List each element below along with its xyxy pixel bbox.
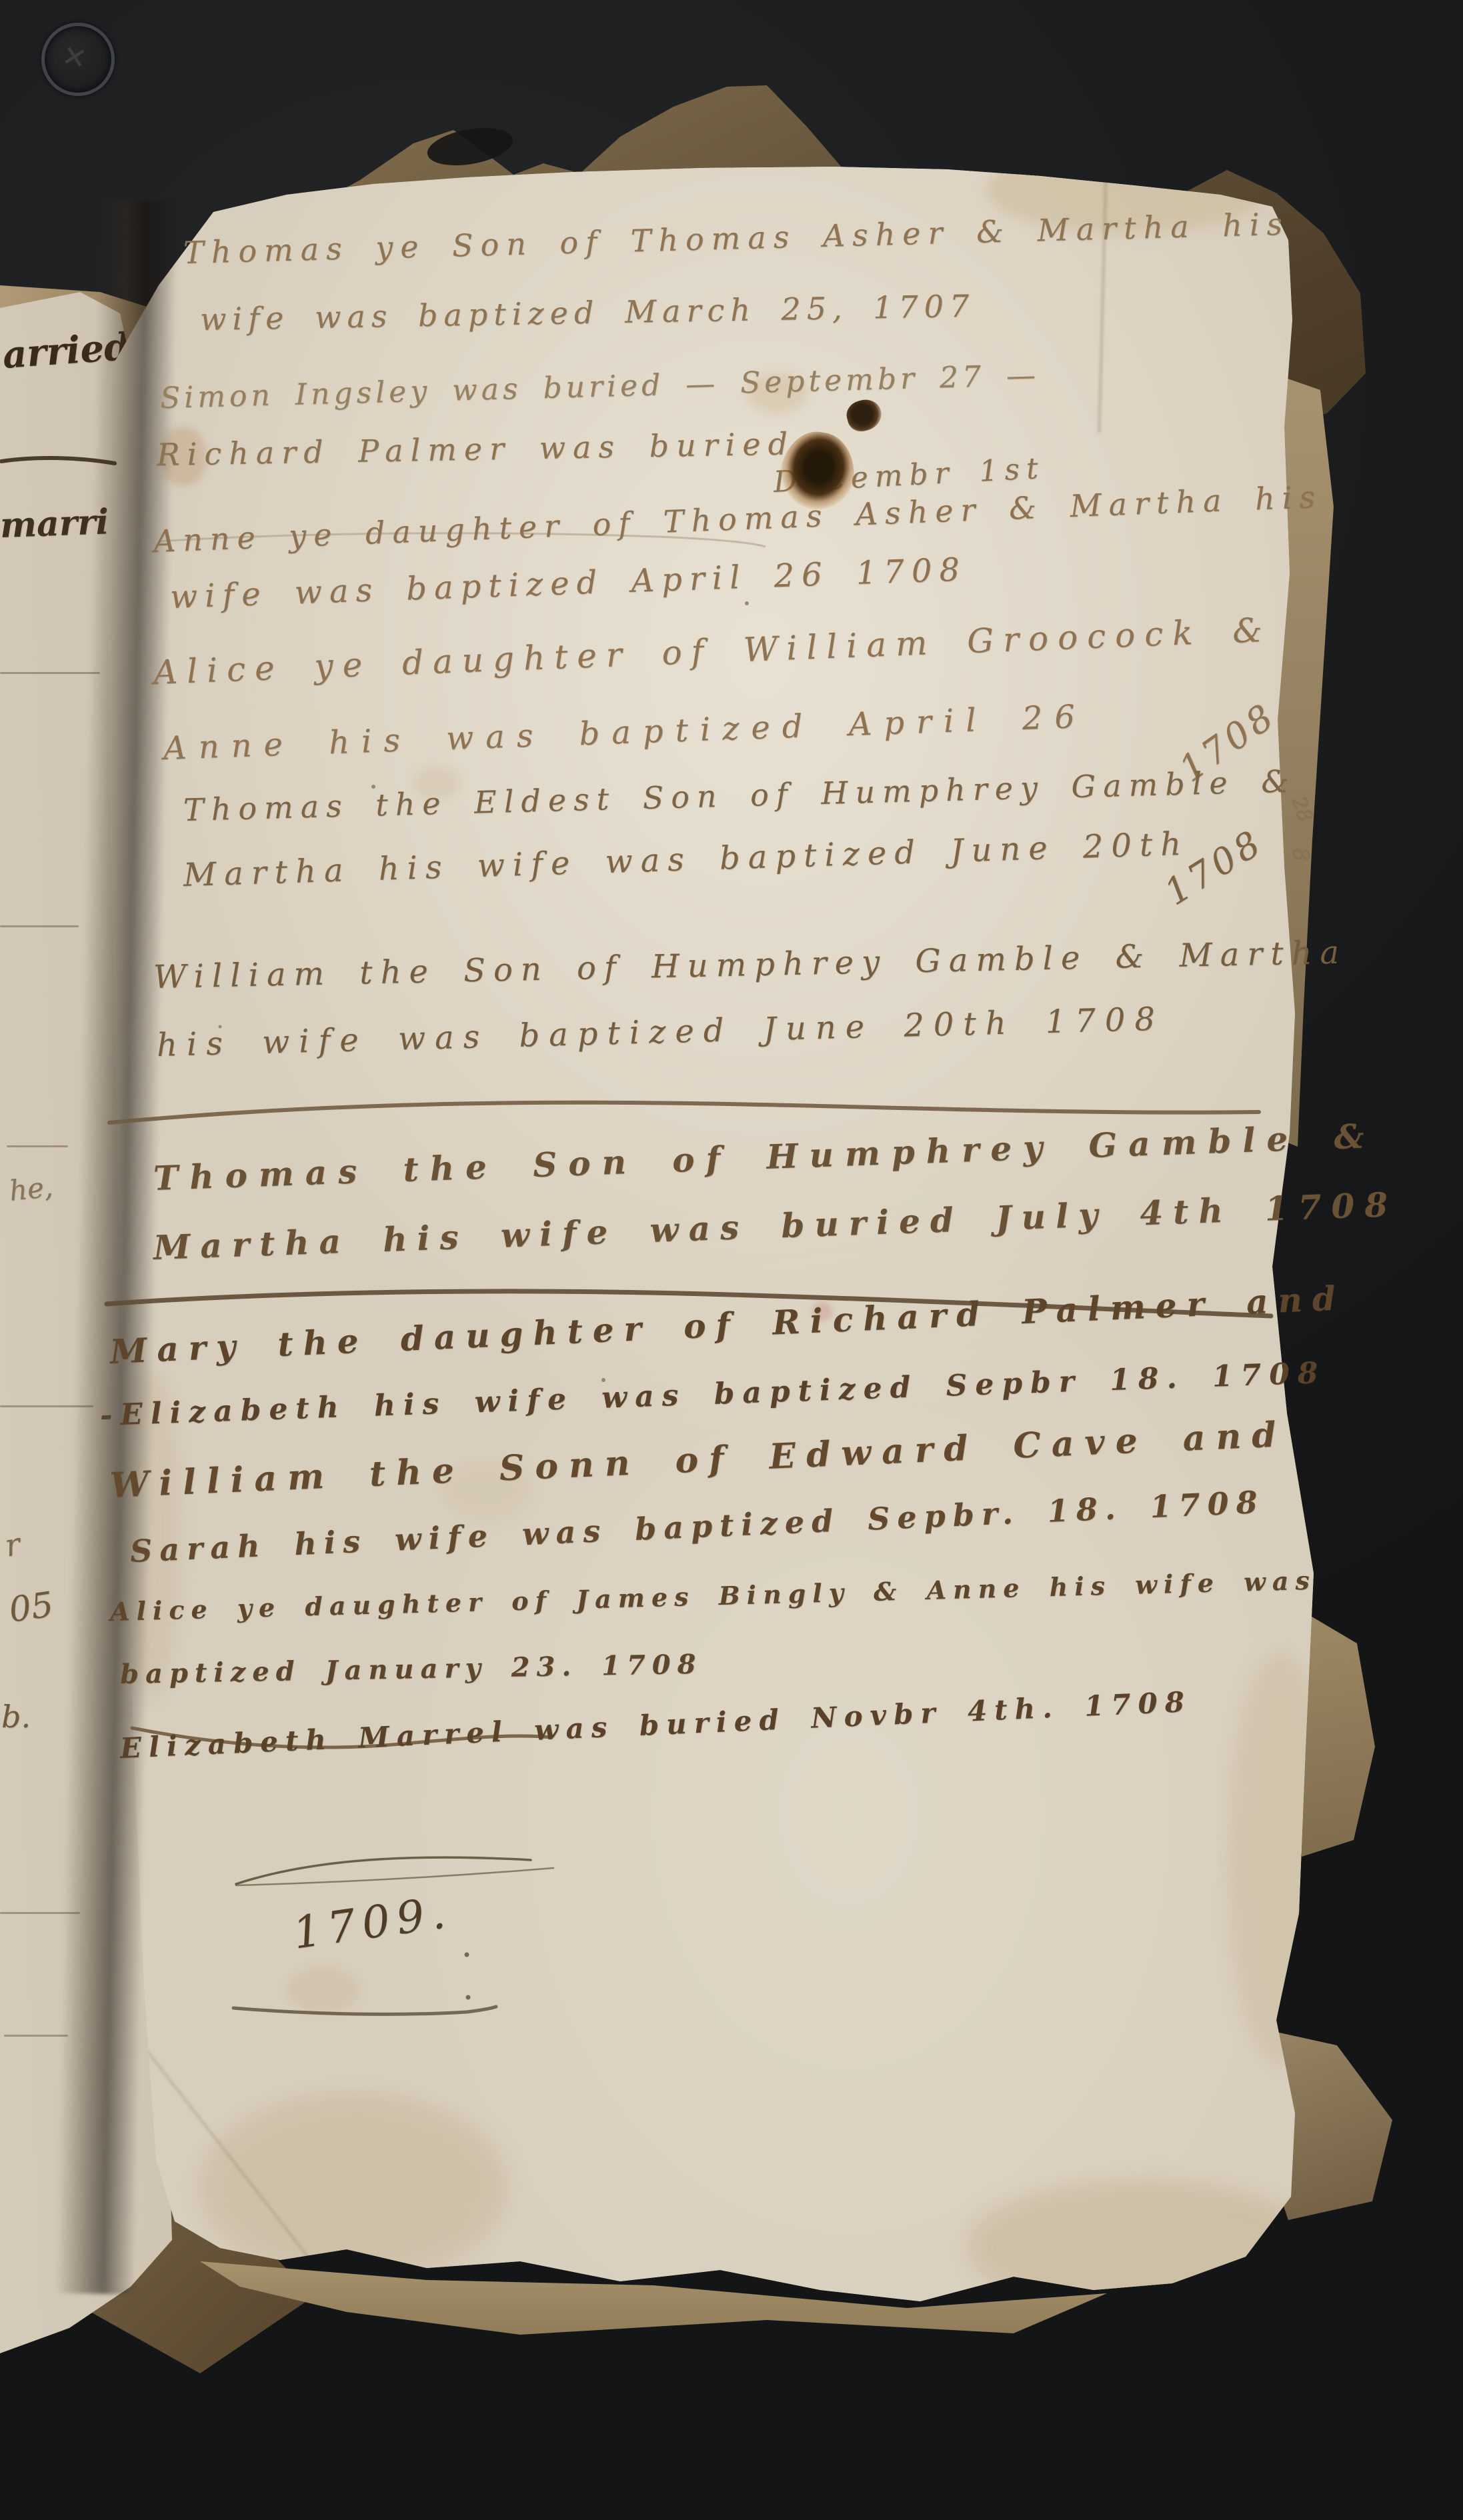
ink-speck [745, 601, 749, 605]
ink-speck [466, 1995, 471, 2000]
facing-page-dash [1, 458, 115, 463]
manuscript-photo: ✕ arried marri he, r 05 b. [0, 0, 1463, 2520]
year-underline [233, 2007, 496, 2014]
ink-speck [465, 1953, 469, 1957]
section-rule [109, 1103, 1259, 1123]
